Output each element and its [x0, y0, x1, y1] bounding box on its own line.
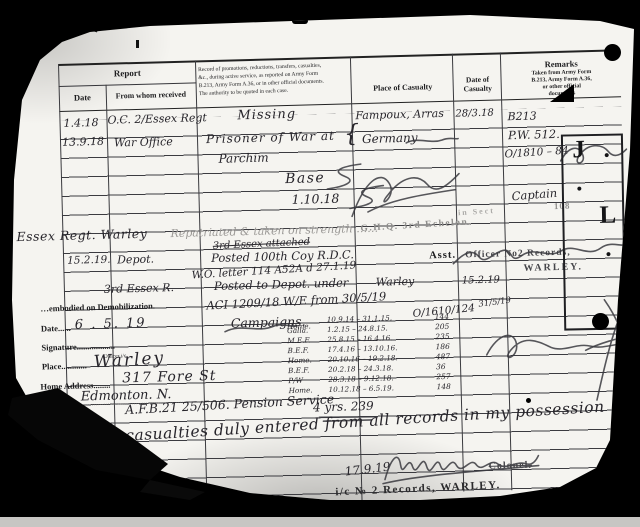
punch-hole — [604, 44, 621, 61]
entry-from: O.C. 2/Essex Regt — [107, 111, 207, 127]
header-record-line: The authority to be quoted in each case. — [199, 88, 288, 97]
campaign-days: 144 — [435, 312, 450, 321]
campaign-days: 487 — [436, 352, 451, 361]
campaign-period: 25.8.15 – 16.4.16. — [327, 333, 393, 344]
campaign-period: 10.12.18 – 6.5.19. — [328, 383, 394, 394]
entry-datecas: 28/3.18 — [455, 108, 494, 120]
header-date: Date — [59, 92, 106, 103]
campaign-days: 186 — [435, 342, 450, 351]
campaign-theatre: B.E.F. — [288, 366, 309, 376]
ink-blob — [614, 416, 636, 442]
campaign-period: 20.10.16 – 19.2.18. — [328, 353, 398, 364]
campaign-days: 148 — [436, 382, 451, 391]
table-rule-report — [59, 82, 197, 87]
campaign-theatre: Galla. — [287, 326, 308, 336]
campaign-days: 36 — [436, 362, 446, 371]
entry-remark: P.W. 512. — [508, 127, 560, 142]
entry-record: Parchim — [218, 151, 268, 166]
entry-place: Warley — [376, 275, 415, 289]
corner-triangle-mark — [550, 82, 576, 102]
campaign-days: 257 — [436, 372, 451, 381]
ink-mark — [87, 25, 98, 33]
entry-remark: B213 — [507, 109, 536, 123]
campaign-days: 205 — [435, 322, 450, 331]
campaigns-list: Home. 10.9.14 – 31.1.15. 144 Galla. 1.2.… — [287, 311, 465, 400]
ink-mark — [136, 40, 139, 48]
signature-scribble — [347, 163, 464, 222]
entry-from: Depot. — [117, 253, 154, 267]
campaign-theatre: M.E.F. — [287, 335, 311, 345]
campaign-days: 235 — [435, 332, 450, 341]
scanned-record-page: Report Date From whom received Record of… — [0, 0, 640, 527]
pen-dash — [404, 134, 460, 147]
pen-scribble — [564, 278, 640, 411]
header-record-note: Record of promotions, reductions, transf… — [198, 61, 350, 99]
campaign-theatre: B.E.F. — [287, 346, 308, 356]
ink-mark — [292, 18, 308, 24]
colonel-stamp: Colonel. — [489, 460, 533, 472]
campaign-theatre: Home. — [288, 355, 312, 365]
entry-from: War Office — [114, 135, 173, 150]
demob-place-label: Place............ — [42, 360, 87, 371]
entry-date: 15.2.19. — [67, 254, 111, 267]
campaign-period: 20.2.18 – 24.3.18. — [328, 363, 394, 374]
entry-place: Fampoux, Arras — [355, 107, 444, 122]
ink-speck — [526, 398, 531, 403]
header-from: From whom received — [106, 89, 196, 100]
punch-hole — [592, 313, 609, 330]
entry-datecas: 15.2.19 — [462, 275, 500, 287]
entry-date: 1.4.18 — [63, 116, 98, 130]
entry-record: Missing — [237, 107, 296, 124]
brace-mark: { — [344, 119, 360, 147]
entry-record: 1.10.18 — [291, 191, 339, 207]
campaign-period: 1.2.15 – 24.8.15. — [327, 323, 388, 334]
entry-from: 3rd Essex R. — [104, 281, 174, 296]
header-place: Place of Casualty — [353, 82, 453, 94]
campaign-period: 10.9.14 – 31.1.15. — [327, 313, 393, 324]
header-report: Report — [58, 66, 196, 80]
entry-date: 13.9.18 — [62, 135, 104, 149]
demob-date-value: 6 . 5. 19 — [75, 316, 147, 333]
scanner-bottom-strip — [0, 517, 640, 527]
entry-record: Base — [285, 170, 326, 187]
demob-date-label: Date...... — [41, 323, 71, 334]
campaign-period: 28.3.18 – 9.12.18. — [328, 373, 394, 384]
torn-corner-mark — [0, 380, 220, 500]
header-datecas-line: Casualty — [464, 84, 493, 94]
header-datecas: Date of Casualty — [454, 74, 500, 93]
campaign-period: 17.4.16 – 13.10.16. — [327, 343, 397, 354]
campaign-theatre: P/W — [288, 376, 303, 385]
